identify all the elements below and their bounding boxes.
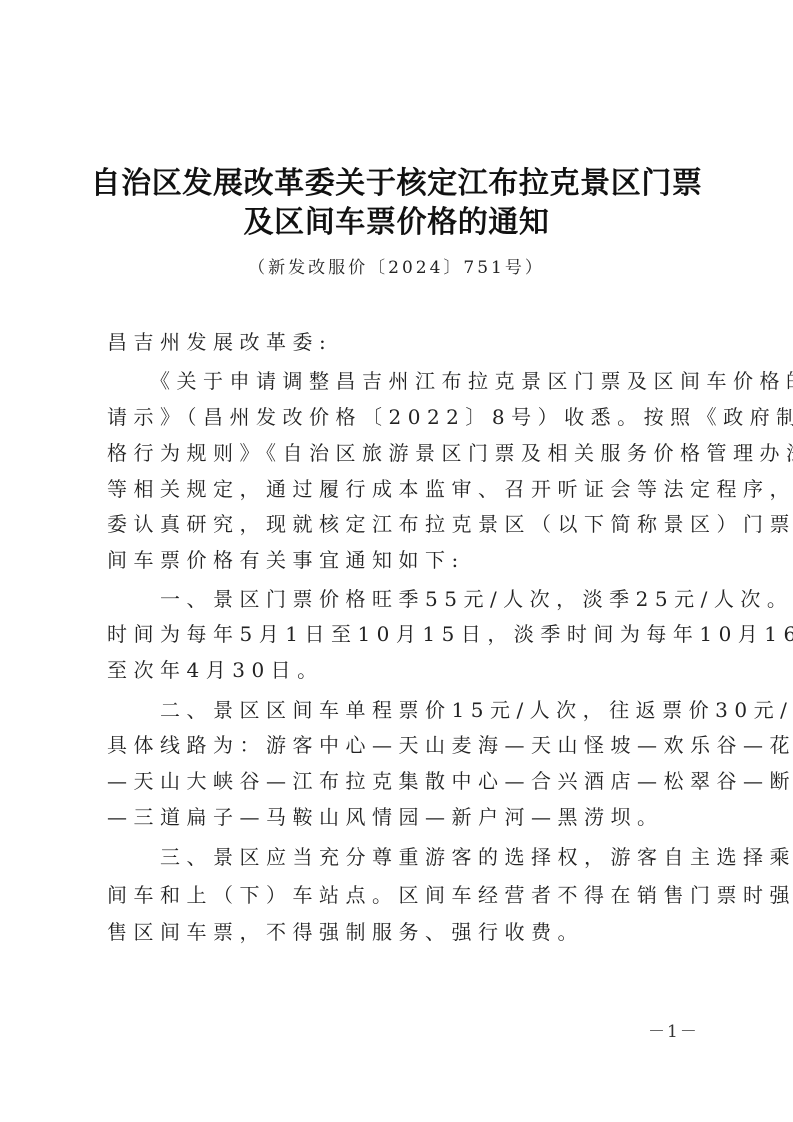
- body-line: 具体线路为：游客中心—天山麦海—天山怪坡—欢乐谷—花海子: [107, 732, 693, 758]
- body-line: 三、景区应当充分尊重游客的选择权，游客自主选择乘坐区: [107, 844, 693, 870]
- document-number: （新发改服价〔2024〕751号）: [0, 255, 793, 281]
- addressee: 昌吉州发展改革委:: [107, 329, 693, 355]
- body-line: 等相关规定，通过履行成本监审、召开听证会等法定程序，经我: [107, 476, 693, 502]
- body-line: 《关于申请调整昌吉州江布拉克景区门票及区间车价格的: [107, 368, 693, 394]
- body-line: 至次年4月30日。: [107, 657, 693, 683]
- body-line: 格行为规则》《自治区旅游景区门票及相关服务价格管理办法》: [107, 440, 693, 466]
- body-line: 委认真研究，现就核定江布拉克景区（以下简称景区）门票及区: [107, 511, 693, 537]
- body-line: 售区间车票，不得强制服务、强行收费。: [107, 919, 693, 945]
- body-line: 间车和上（下）车站点。区间车经营者不得在销售门票时强行搭: [107, 882, 693, 908]
- document-title-line-2: 及区间车票价格的通知: [0, 205, 793, 241]
- document-page: 自治区发展改革委关于核定江布拉克景区门票 及区间车票价格的通知 （新发改服价〔2…: [0, 0, 793, 1122]
- body-line: —三道扁子—马鞍山风情园—新户河—黑涝坝。: [107, 804, 693, 830]
- page-number: －1－: [648, 1017, 699, 1042]
- body-line: 二、景区区间车单程票价15元/人次，往返票价30元/人次。: [107, 697, 693, 723]
- body-line: 间车票价格有关事宜通知如下:: [107, 547, 693, 573]
- body-line: 时间为每年5月1日至10月15日，淡季时间为每年10月16日: [107, 621, 693, 647]
- body-line: —天山大峡谷—江布拉克集散中心—合兴酒店—松翠谷—断桥: [107, 768, 693, 794]
- document-title-line-1: 自治区发展改革委关于核定江布拉克景区门票: [0, 166, 793, 202]
- body-line: 一、景区门票价格旺季55元/人次，淡季25元/人次。旺季: [107, 586, 693, 612]
- body-line: 请示》（昌州发改价格〔2022〕8号）收悉。按照《政府制定价: [107, 404, 693, 430]
